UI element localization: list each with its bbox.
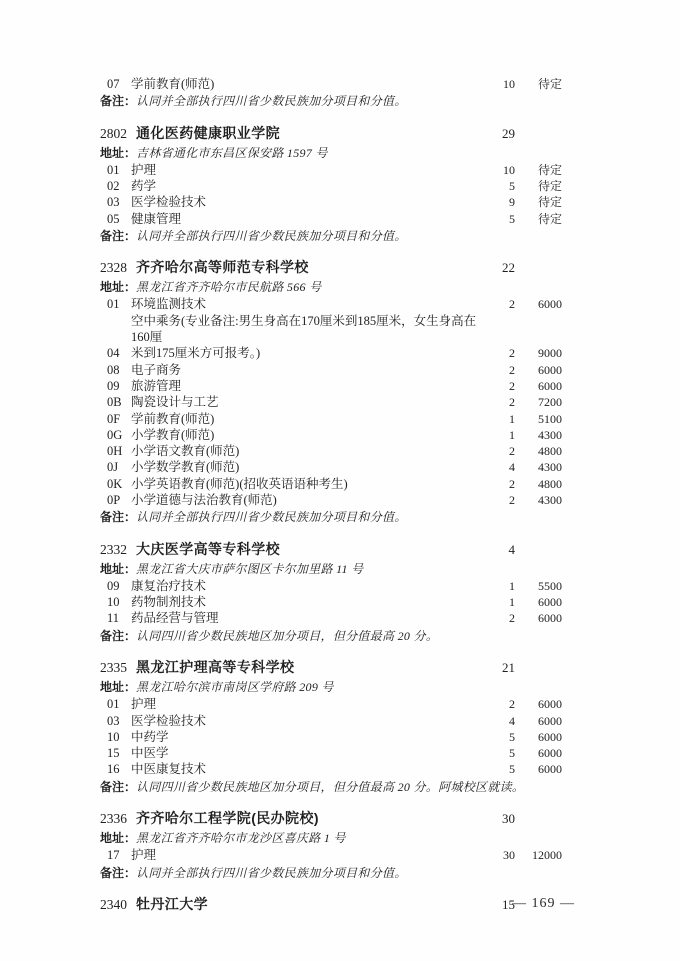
major-plan-count: 1 [487, 411, 515, 427]
major-name: 电子商务 [131, 362, 487, 378]
major-name-line: 中医康复技术 [131, 761, 483, 777]
school-header-row: 2340牡丹江大学15 [100, 894, 562, 915]
major-name: 旅游管理 [131, 378, 487, 394]
major-code: 01 [107, 296, 131, 312]
school-code: 2335 [100, 658, 127, 678]
major-row: 08电子商务26000 [100, 362, 562, 378]
major-plan-count: 1 [487, 427, 515, 443]
major-fee: 9000 [515, 345, 562, 361]
major-name: 医学检验技术 [131, 713, 487, 729]
major-fee: 待定 [515, 194, 562, 210]
major-name-line: 康复治疗技术 [131, 578, 483, 594]
major-plan-count: 2 [487, 476, 515, 492]
major-row: 11药品经营与管理26000 [100, 610, 562, 626]
major-name: 空中乘务(专业备注:男生身高在170厘米到185厘米，女生身高在160厘米到17… [131, 313, 487, 362]
major-name: 护理 [131, 847, 487, 863]
major-fee: 4800 [515, 476, 562, 492]
major-name-line: 学前教育(师范) [131, 76, 483, 92]
major-fee: 待定 [515, 162, 562, 178]
major-fee: 6000 [515, 362, 562, 378]
major-code: 01 [107, 162, 131, 178]
major-name: 小学语文教育(师范) [131, 443, 487, 459]
address-label: 地址： [100, 278, 136, 296]
major-fee: 12000 [515, 847, 562, 863]
major-name-line: 陶瓷设计与工艺 [131, 394, 483, 410]
school-section: 2332大庆医学高等专科学校4地址：黑龙江省大庆市萨尔图区卡尔加里路 11 号0… [100, 539, 562, 644]
remark-row: 备注：认同四川省少数民族地区加分项目，但分值最高 20 分。 [100, 628, 562, 645]
major-plan-count: 5 [487, 178, 515, 194]
major-code: 09 [107, 578, 131, 594]
major-name-line: 米到175厘米方可报考。) [131, 345, 483, 361]
major-plan-count: 2 [487, 378, 515, 394]
school-section: 2335黑龙江护理高等专科学校21地址：黑龙江哈尔滨市南岗区学府路 209 号0… [100, 657, 562, 795]
address-text: 黑龙江省大庆市萨尔图区卡尔加里路 11 号 [136, 560, 363, 578]
remark-row: 备注：认同并全部执行四川省少数民族加分项目和分值。 [100, 865, 562, 882]
major-row: 01护理26000 [100, 696, 562, 712]
remark-text: 认同四川省少数民族地区加分项目，但分值最高 20 分。阿城校区就读。 [136, 779, 524, 796]
major-name-line: 电子商务 [131, 362, 483, 378]
major-plan-count: 10 [487, 162, 515, 178]
major-plan-count: 2 [487, 492, 515, 508]
major-name-line: 护理 [131, 162, 483, 178]
major-plan-count: 10 [487, 76, 515, 92]
school-code: 2328 [100, 258, 127, 278]
page-number: — 169 — [512, 896, 575, 912]
school-name: 通化医药健康职业学院 [136, 123, 485, 143]
major-fee: 4300 [515, 459, 562, 475]
major-row: 03医学检验技术46000 [100, 713, 562, 729]
remark-label: 备注： [100, 93, 136, 110]
major-name-line: 小学道德与法治教育(师范) [131, 492, 483, 508]
major-name: 中药学 [131, 729, 487, 745]
school-header-row: 2332大庆医学高等专科学校4 [100, 539, 562, 560]
major-name-line: 旅游管理 [131, 378, 483, 394]
major-code: 15 [107, 745, 131, 761]
major-row: 0G小学教育(师范)14300 [100, 427, 562, 443]
major-plan-count: 2 [487, 345, 515, 361]
major-fee: 6000 [515, 610, 562, 626]
major-code: 0H [107, 443, 131, 459]
major-code: 10 [107, 729, 131, 745]
major-fee: 6000 [515, 745, 562, 761]
major-plan-count: 4 [487, 459, 515, 475]
major-plan-count: 1 [487, 578, 515, 594]
major-fee: 4300 [515, 492, 562, 508]
school-header-row: 2328齐齐哈尔高等师范专科学校22 [100, 257, 562, 278]
major-fee: 待定 [515, 211, 562, 227]
school-code: 2332 [100, 540, 127, 560]
major-name-line: 小学教育(师范) [131, 427, 483, 443]
major-name-line: 空中乘务(专业备注:男生身高在170厘米到185厘米，女生身高在160厘 [131, 313, 483, 346]
remark-row: 备注：认同并全部执行四川省少数民族加分项目和分值。 [100, 93, 562, 110]
major-fee: 6000 [515, 696, 562, 712]
major-code: 0K [107, 476, 131, 492]
school-section: 2802通化医药健康职业学院29地址：吉林省通化市东昌区保安路 1597 号01… [100, 123, 562, 245]
address-text: 黑龙江哈尔滨市南岗区学府路 209 号 [136, 678, 334, 696]
major-code: 01 [107, 696, 131, 712]
major-code: 02 [107, 178, 131, 194]
school-total-count: 15 [485, 895, 515, 915]
major-name: 医学检验技术 [131, 194, 487, 210]
school-total-count: 30 [485, 809, 515, 829]
major-code: 16 [107, 761, 131, 777]
remark-label: 备注： [100, 865, 136, 882]
major-name: 学前教育(师范) [131, 76, 487, 92]
school-total-count: 22 [485, 258, 515, 278]
major-name-line: 中医学 [131, 745, 483, 761]
remark-text: 认同四川省少数民族地区加分项目，但分值最高 20 分。 [136, 628, 438, 645]
school-section: 2336齐齐哈尔工程学院(民办院校)30地址：黑龙江省齐齐哈尔市龙沙区喜庆路 1… [100, 808, 562, 881]
major-row: 0P小学道德与法治教育(师范)24300 [100, 492, 562, 508]
major-fee: 7200 [515, 394, 562, 410]
major-name: 小学英语教育(师范)(招收英语语种考生) [131, 476, 487, 492]
major-name-line: 药学 [131, 178, 483, 194]
major-code: 09 [107, 378, 131, 394]
remark-label: 备注： [100, 628, 136, 645]
major-name: 药品经营与管理 [131, 610, 487, 626]
major-code: 0B [107, 394, 131, 410]
major-name: 护理 [131, 696, 487, 712]
school-total-count: 4 [485, 540, 515, 560]
major-name-line: 小学英语教育(师范)(招收英语语种考生) [131, 476, 483, 492]
major-code: 03 [107, 713, 131, 729]
school-section: 07学前教育(师范)10待定备注：认同并全部执行四川省少数民族加分项目和分值。 [100, 76, 562, 110]
major-name: 健康管理 [131, 211, 487, 227]
address-row: 地址：黑龙江省齐齐哈尔市民航路 566 号 [100, 278, 562, 296]
address-text: 黑龙江省齐齐哈尔市民航路 566 号 [136, 278, 321, 296]
remark-row: 备注：认同并全部执行四川省少数民族加分项目和分值。 [100, 228, 562, 245]
school-name: 大庆医学高等专科学校 [136, 539, 485, 559]
remark-label: 备注： [100, 509, 136, 526]
address-label: 地址： [100, 144, 136, 162]
school-name: 黑龙江护理高等专科学校 [136, 657, 485, 677]
major-name-line: 护理 [131, 847, 483, 863]
major-row: 04空中乘务(专业备注:男生身高在170厘米到185厘米，女生身高在160厘米到… [100, 313, 562, 362]
major-name-line: 护理 [131, 696, 483, 712]
major-name-line: 中药学 [131, 729, 483, 745]
school-section: 2340牡丹江大学15 [100, 894, 562, 915]
major-name-line: 医学检验技术 [131, 713, 483, 729]
major-name: 小学道德与法治教育(师范) [131, 492, 487, 508]
major-plan-count: 2 [487, 362, 515, 378]
major-name: 小学数学教育(师范) [131, 459, 487, 475]
major-row: 15中医学56000 [100, 745, 562, 761]
major-plan-count: 5 [487, 211, 515, 227]
major-row: 10中药学56000 [100, 729, 562, 745]
sections: 07学前教育(师范)10待定备注：认同并全部执行四川省少数民族加分项目和分值。2… [100, 76, 562, 915]
major-plan-count: 30 [487, 847, 515, 863]
remark-row: 备注：认同并全部执行四川省少数民族加分项目和分值。 [100, 509, 562, 526]
major-fee: 6000 [515, 729, 562, 745]
major-code: 08 [107, 362, 131, 378]
major-name: 药学 [131, 178, 487, 194]
major-name: 陶瓷设计与工艺 [131, 394, 487, 410]
address-row: 地址：黑龙江省齐齐哈尔市龙沙区喜庆路 1 号 [100, 829, 562, 847]
major-row: 01护理10待定 [100, 162, 562, 178]
major-name-line: 健康管理 [131, 211, 483, 227]
school-header-row: 2802通化医药健康职业学院29 [100, 123, 562, 144]
address-label: 地址： [100, 678, 136, 696]
major-row: 17护理3012000 [100, 847, 562, 863]
major-code: 07 [107, 76, 131, 92]
major-fee: 待定 [515, 76, 562, 92]
remark-label: 备注： [100, 228, 136, 245]
major-code: 11 [107, 610, 131, 626]
major-plan-count: 2 [487, 443, 515, 459]
major-plan-count: 9 [487, 194, 515, 210]
major-row: 02药学5待定 [100, 178, 562, 194]
major-fee: 6000 [515, 594, 562, 610]
major-code: 03 [107, 194, 131, 210]
document-page: 07学前教育(师范)10待定备注：认同并全部执行四川省少数民族加分项目和分值。2… [0, 0, 680, 961]
school-header-row: 2336齐齐哈尔工程学院(民办院校)30 [100, 808, 562, 829]
major-row: 16中医康复技术56000 [100, 761, 562, 777]
address-row: 地址：吉林省通化市东昌区保安路 1597 号 [100, 144, 562, 162]
major-fee: 6000 [515, 378, 562, 394]
major-row: 0B陶瓷设计与工艺27200 [100, 394, 562, 410]
major-fee: 待定 [515, 178, 562, 194]
major-plan-count: 5 [487, 729, 515, 745]
major-name: 环境监测技术 [131, 296, 487, 312]
major-code: 05 [107, 211, 131, 227]
major-row: 05健康管理5待定 [100, 211, 562, 227]
major-fee: 4300 [515, 427, 562, 443]
major-row: 10药物制剂技术16000 [100, 594, 562, 610]
major-code: 0G [107, 427, 131, 443]
school-section: 2328齐齐哈尔高等师范专科学校22地址：黑龙江省齐齐哈尔市民航路 566 号0… [100, 257, 562, 525]
school-name: 齐齐哈尔高等师范专科学校 [136, 257, 485, 277]
address-text: 黑龙江省齐齐哈尔市龙沙区喜庆路 1 号 [136, 829, 346, 847]
remark-label: 备注： [100, 779, 136, 796]
major-name-line: 环境监测技术 [131, 296, 483, 312]
major-row: 01环境监测技术26000 [100, 296, 562, 312]
address-text: 吉林省通化市东昌区保安路 1597 号 [136, 144, 328, 162]
major-name: 中医康复技术 [131, 761, 487, 777]
major-fee: 5500 [515, 578, 562, 594]
remark-text: 认同并全部执行四川省少数民族加分项目和分值。 [136, 509, 407, 526]
major-name: 中医学 [131, 745, 487, 761]
major-row: 0H小学语文教育(师范)24800 [100, 443, 562, 459]
address-label: 地址： [100, 829, 136, 847]
major-plan-count: 2 [487, 296, 515, 312]
remark-text: 认同并全部执行四川省少数民族加分项目和分值。 [136, 228, 407, 245]
major-code: 10 [107, 594, 131, 610]
major-fee: 6000 [515, 713, 562, 729]
major-fee: 6000 [515, 296, 562, 312]
major-name: 学前教育(师范) [131, 411, 487, 427]
major-row: 09康复治疗技术15500 [100, 578, 562, 594]
major-row: 0F学前教育(师范)15100 [100, 411, 562, 427]
major-name: 小学教育(师范) [131, 427, 487, 443]
address-row: 地址：黑龙江哈尔滨市南岗区学府路 209 号 [100, 678, 562, 696]
school-total-count: 29 [485, 124, 515, 144]
school-code: 2802 [100, 124, 127, 144]
school-name: 牡丹江大学 [136, 894, 485, 914]
school-code: 2336 [100, 809, 127, 829]
major-row: 09旅游管理26000 [100, 378, 562, 394]
major-fee: 6000 [515, 761, 562, 777]
major-plan-count: 4 [487, 713, 515, 729]
major-name-line: 医学检验技术 [131, 194, 483, 210]
major-fee: 5100 [515, 411, 562, 427]
major-plan-count: 2 [487, 394, 515, 410]
major-name-line: 小学语文教育(师范) [131, 443, 483, 459]
major-plan-count: 2 [487, 696, 515, 712]
major-plan-count: 2 [487, 610, 515, 626]
remark-row: 备注：认同四川省少数民族地区加分项目，但分值最高 20 分。阿城校区就读。 [100, 779, 562, 796]
school-name: 齐齐哈尔工程学院(民办院校) [136, 808, 485, 828]
major-code: 04 [107, 345, 131, 361]
major-plan-count: 5 [487, 745, 515, 761]
major-name-line: 药物制剂技术 [131, 594, 483, 610]
major-code: 17 [107, 847, 131, 863]
major-name-line: 药品经营与管理 [131, 610, 483, 626]
major-code: 0P [107, 492, 131, 508]
major-row: 07学前教育(师范)10待定 [100, 76, 562, 92]
major-fee: 4800 [515, 443, 562, 459]
address-row: 地址：黑龙江省大庆市萨尔图区卡尔加里路 11 号 [100, 560, 562, 578]
major-code: 0J [107, 459, 131, 475]
remark-text: 认同并全部执行四川省少数民族加分项目和分值。 [136, 865, 407, 882]
major-plan-count: 1 [487, 594, 515, 610]
remark-text: 认同并全部执行四川省少数民族加分项目和分值。 [136, 93, 407, 110]
major-name: 康复治疗技术 [131, 578, 487, 594]
school-header-row: 2335黑龙江护理高等专科学校21 [100, 657, 562, 678]
school-total-count: 21 [485, 658, 515, 678]
major-name: 药物制剂技术 [131, 594, 487, 610]
major-name-line: 小学数学教育(师范) [131, 459, 483, 475]
major-row: 0J小学数学教育(师范)44300 [100, 459, 562, 475]
major-plan-count: 5 [487, 761, 515, 777]
major-name: 护理 [131, 162, 487, 178]
major-row: 0K小学英语教育(师范)(招收英语语种考生)24800 [100, 476, 562, 492]
major-code: 0F [107, 411, 131, 427]
address-label: 地址： [100, 560, 136, 578]
major-row: 03医学检验技术9待定 [100, 194, 562, 210]
major-name-line: 学前教育(师范) [131, 411, 483, 427]
school-code: 2340 [100, 895, 127, 915]
